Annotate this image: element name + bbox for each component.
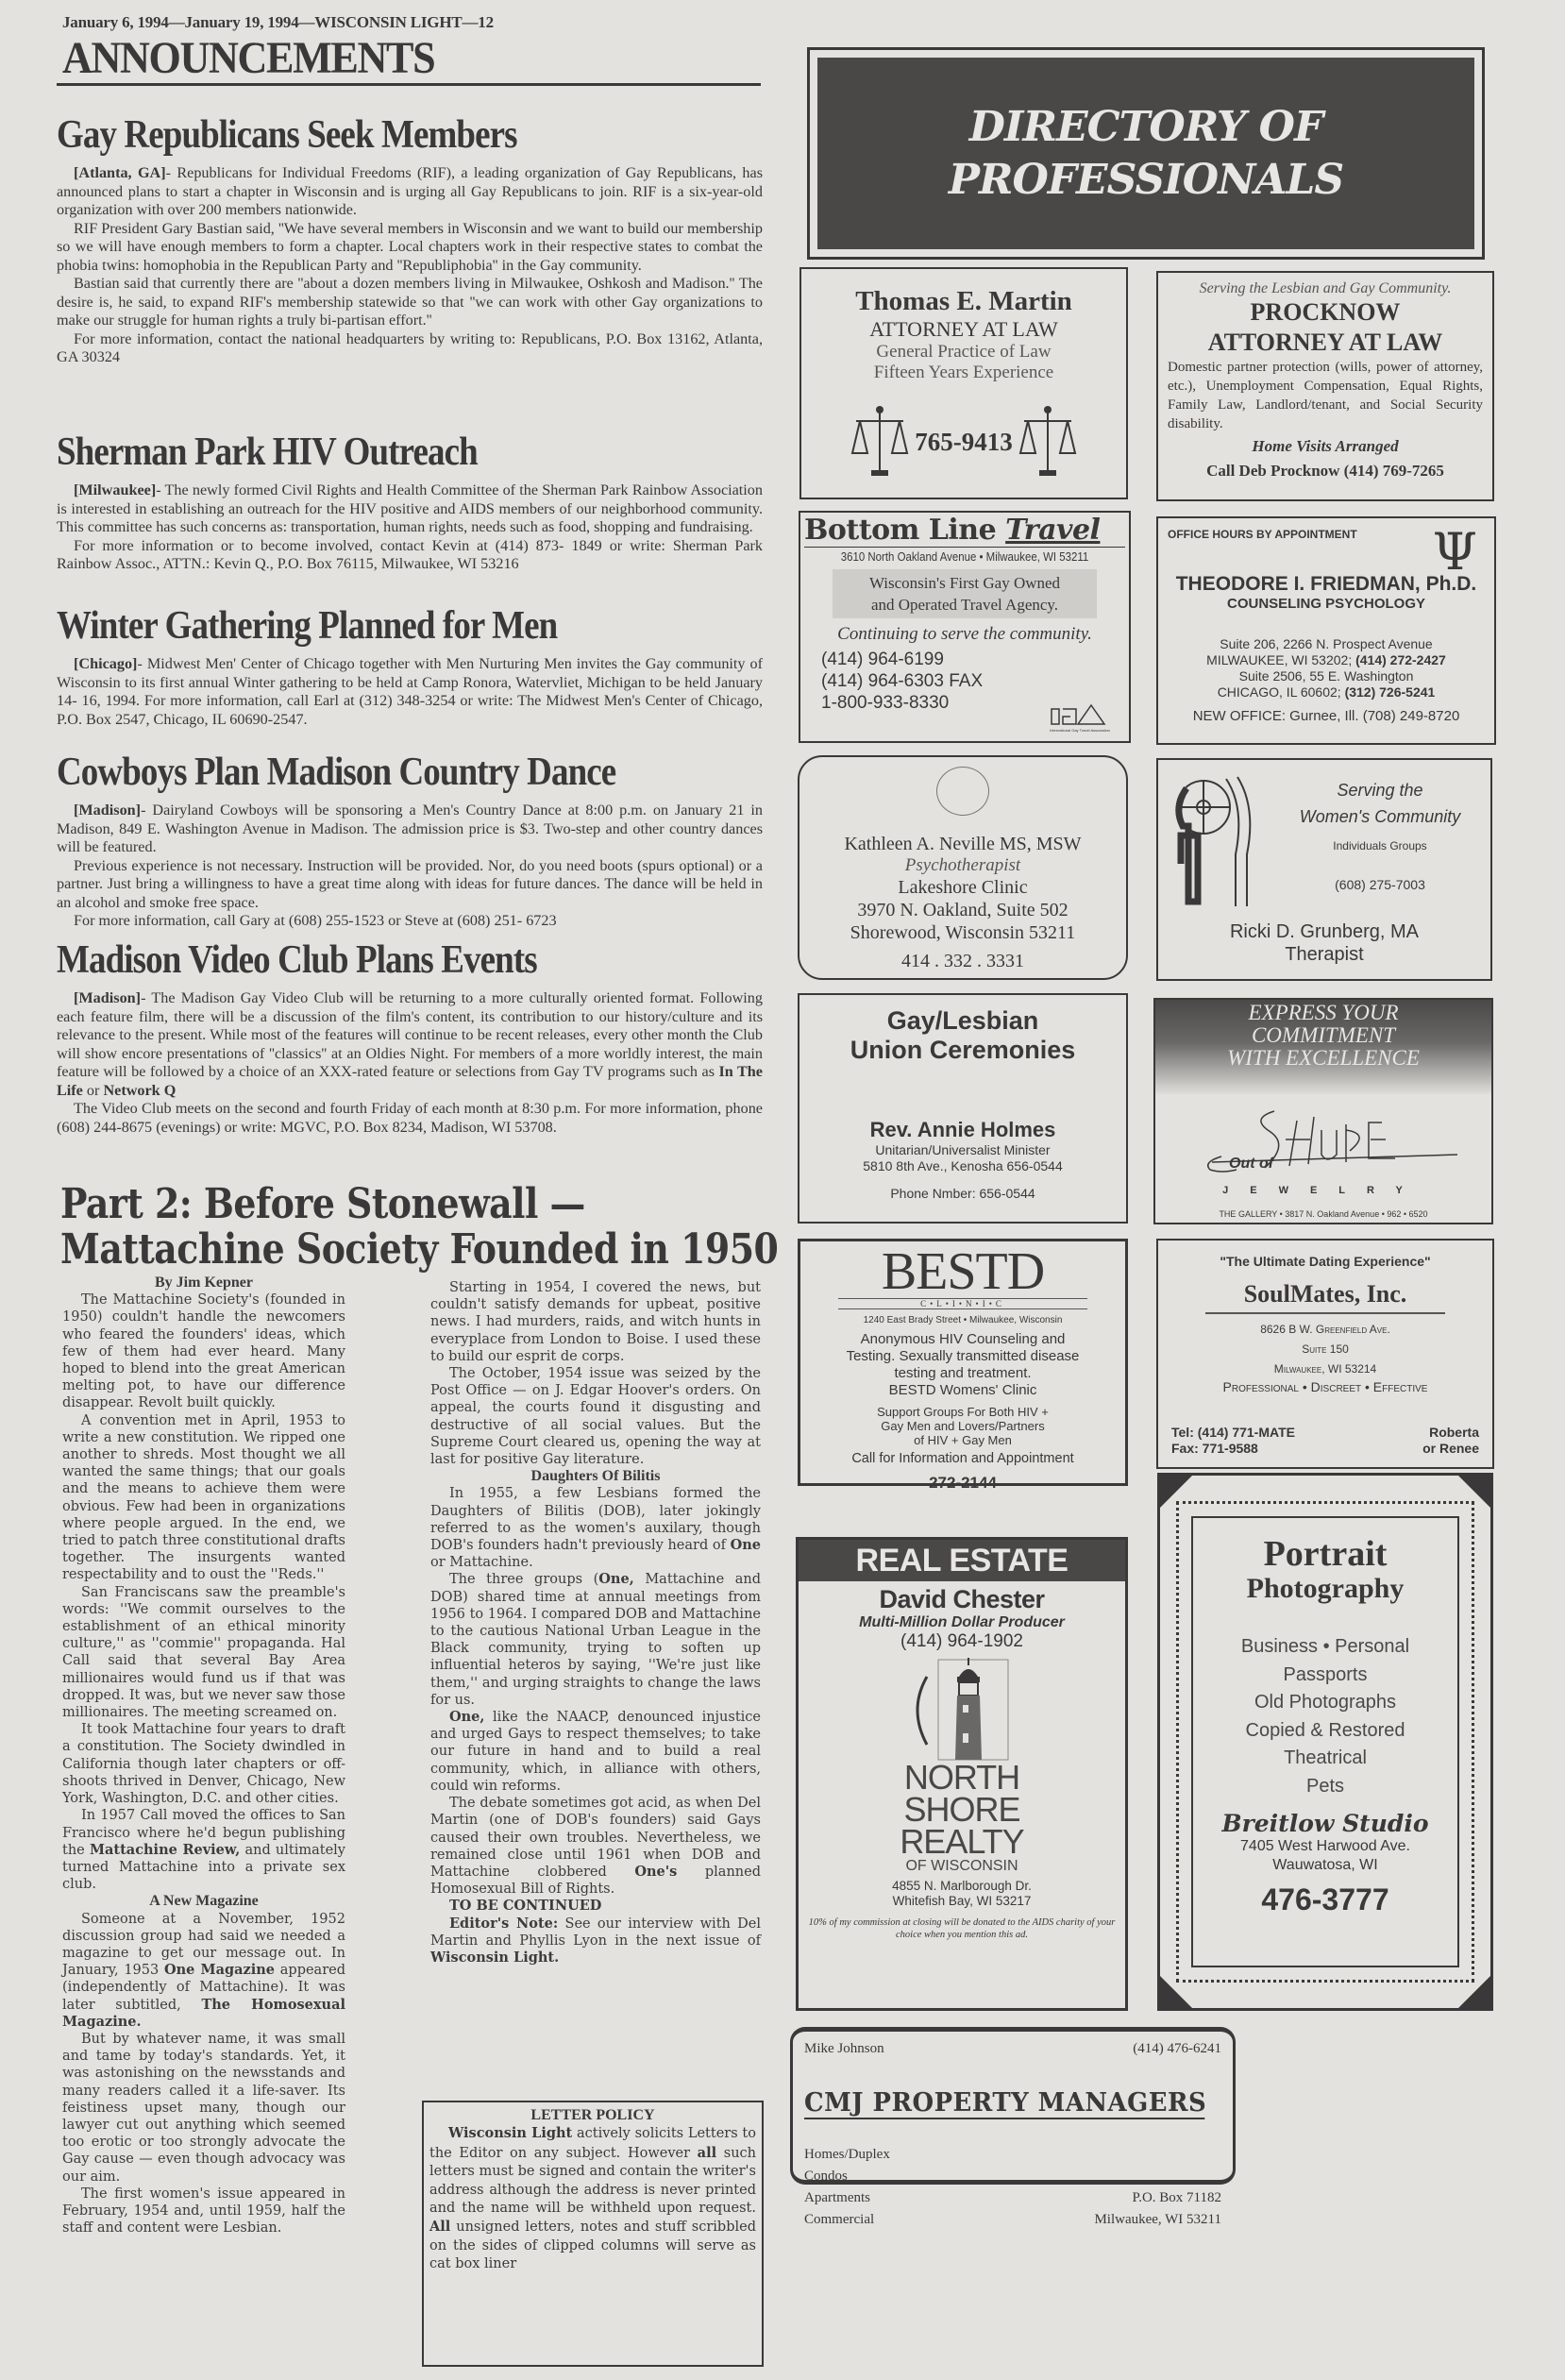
phone: 765-9413 [915,428,1013,457]
section-title: ANNOUNCEMENTS [62,36,434,81]
article-winter-gathering: Winter Gathering Planned for Men [Chicag… [57,606,763,729]
ad-thomas-martin: Thomas E. Martin ATTORNEY AT LAW General… [799,267,1128,499]
paragraph: For more information, call Gary at (608)… [57,912,763,931]
ad-real-estate: REAL ESTATE David Chester Multi-Million … [796,1537,1128,2011]
paragraph: For more information, contact the nation… [57,330,763,367]
solitude-signature-logo: Out of [1184,1102,1467,1177]
letter-policy-box: LETTER POLICY Wisconsin Light actively s… [422,2101,764,2367]
ad-portrait-photography: Portrait Photography Business • Personal… [1157,1473,1493,2011]
ad-bottom-line-travel: Bottom Line Travel 3610 North Oakland Av… [799,511,1131,743]
psi-icon: Ψ [1433,522,1477,582]
feature-column-1: By Jim Kepner The Mattachine Society's (… [62,1274,345,2237]
article-video-club: Madison Video Club Plans Events [Madison… [57,940,763,1137]
paragraph: Bastian said that currently there are ''… [57,275,763,330]
dateline: January 6, 1994—January 19, 1994—WISCONS… [62,13,494,32]
svg-text:International Gay Travel Assoc: International Gay Travel Association [1050,728,1110,733]
bestd-logo: BESTD [800,1245,1125,1298]
headline: Winter Gathering Planned for Men [57,606,678,646]
paragraph: The Video Club meets on the second and f… [57,1100,763,1137]
ad-union-ceremonies: Gay/Lesbian Union Ceremonies Rev. Annie … [798,993,1128,1224]
ad-neville: Kathleen A. Neville MS, MSW Psychotherap… [798,755,1128,980]
feature-column-2: Starting in 1954, I covered the news, bu… [430,1279,761,1966]
headline: Sherman Park HIV Outreach [57,432,678,472]
to-be-continued: TO BE CONTINUED [430,1898,761,1915]
logo-oval-icon [936,767,989,816]
ad-cmj-property-managers: Mike Johnson (414) 476-6241 CMJ PROPERTY… [790,2027,1236,2185]
headline: Cowboys Plan Madison Country Dance [57,752,678,792]
paragraph: For more information or to become involv… [57,537,763,574]
ad-soulmates: "The Ultimate Dating Experience" SoulMat… [1156,1239,1494,1469]
travel-logo: Bottom Line Travel [804,515,1125,548]
svg-text:Out of: Out of [1229,1156,1275,1172]
subhead: Daughters Of Bilitis [430,1468,761,1485]
directory-banner: DIRECTORY OF PROFESSIONALS [807,47,1485,260]
headline: Madison Video Club Plans Events [57,940,678,980]
paragraph: [Madison]- Dairyland Cowboys will be spo… [57,802,763,857]
headline: Gay Republicans Seek Members [57,115,678,155]
ad-friedman: OFFICE HOURS BY APPOINTMENT Ψ THEODORE I… [1156,516,1496,745]
paragraph: [Madison]- The Madison Gay Video Club wi… [57,989,763,1100]
ad-procknow: Serving the Lesbian and Gay Community. P… [1156,271,1494,501]
cmj-logo: CMJ PROPERTY MANAGERS [804,2089,1204,2119]
scales-of-justice-icon [850,404,909,480]
ad-out-of-solitude-jewelry: EXPRESS YOUR COMMITMENT WITH EXCELLENCE … [1153,998,1493,1224]
ad-grunberg: Serving the Women's Community Individual… [1156,758,1492,981]
igta-logo-icon: International Gay Travel Association [1050,703,1110,734]
paragraph: RIF President Gary Bastian said, ''We ha… [57,220,763,276]
paragraph: Previous experience is not necessary. In… [57,857,763,913]
article-gay-republicans: Gay Republicans Seek Members [Atlanta, G… [57,115,763,367]
byline: By Jim Kepner [62,1274,345,1291]
subhead: A New Magazine [62,1893,345,1910]
scales-of-justice-icon [1018,404,1077,480]
womens-symbol-logo-icon [1170,769,1264,911]
feature-headline: Part 2: Before Stonewall — Mattachine So… [60,1182,768,1273]
article-sherman-park: Sherman Park HIV Outreach [Milwaukee]- T… [57,432,763,574]
article-cowboys-dance: Cowboys Plan Madison Country Dance [Madi… [57,752,763,931]
services-list: Business • Personal Passports Old Photog… [1193,1633,1457,1800]
paragraph: [Atlanta, GA]- Republicans for Individua… [57,164,763,220]
paragraph: [Milwaukee]- The newly formed Civil Righ… [57,481,763,537]
letter-policy-title: LETTER POLICY [429,2106,756,2124]
real-estate-banner: REAL ESTATE [799,1540,1125,1581]
section-rule [57,83,761,86]
editors-note: Editor's Note: See our interview with De… [430,1916,761,1967]
ad-bestd-clinic: BESTD C•L•I•N•I•C 1240 East Brady Street… [798,1239,1128,1486]
paragraph: [Chicago]- Midwest Men' Center of Chicag… [57,655,763,729]
lighthouse-icon [910,1658,1014,1762]
